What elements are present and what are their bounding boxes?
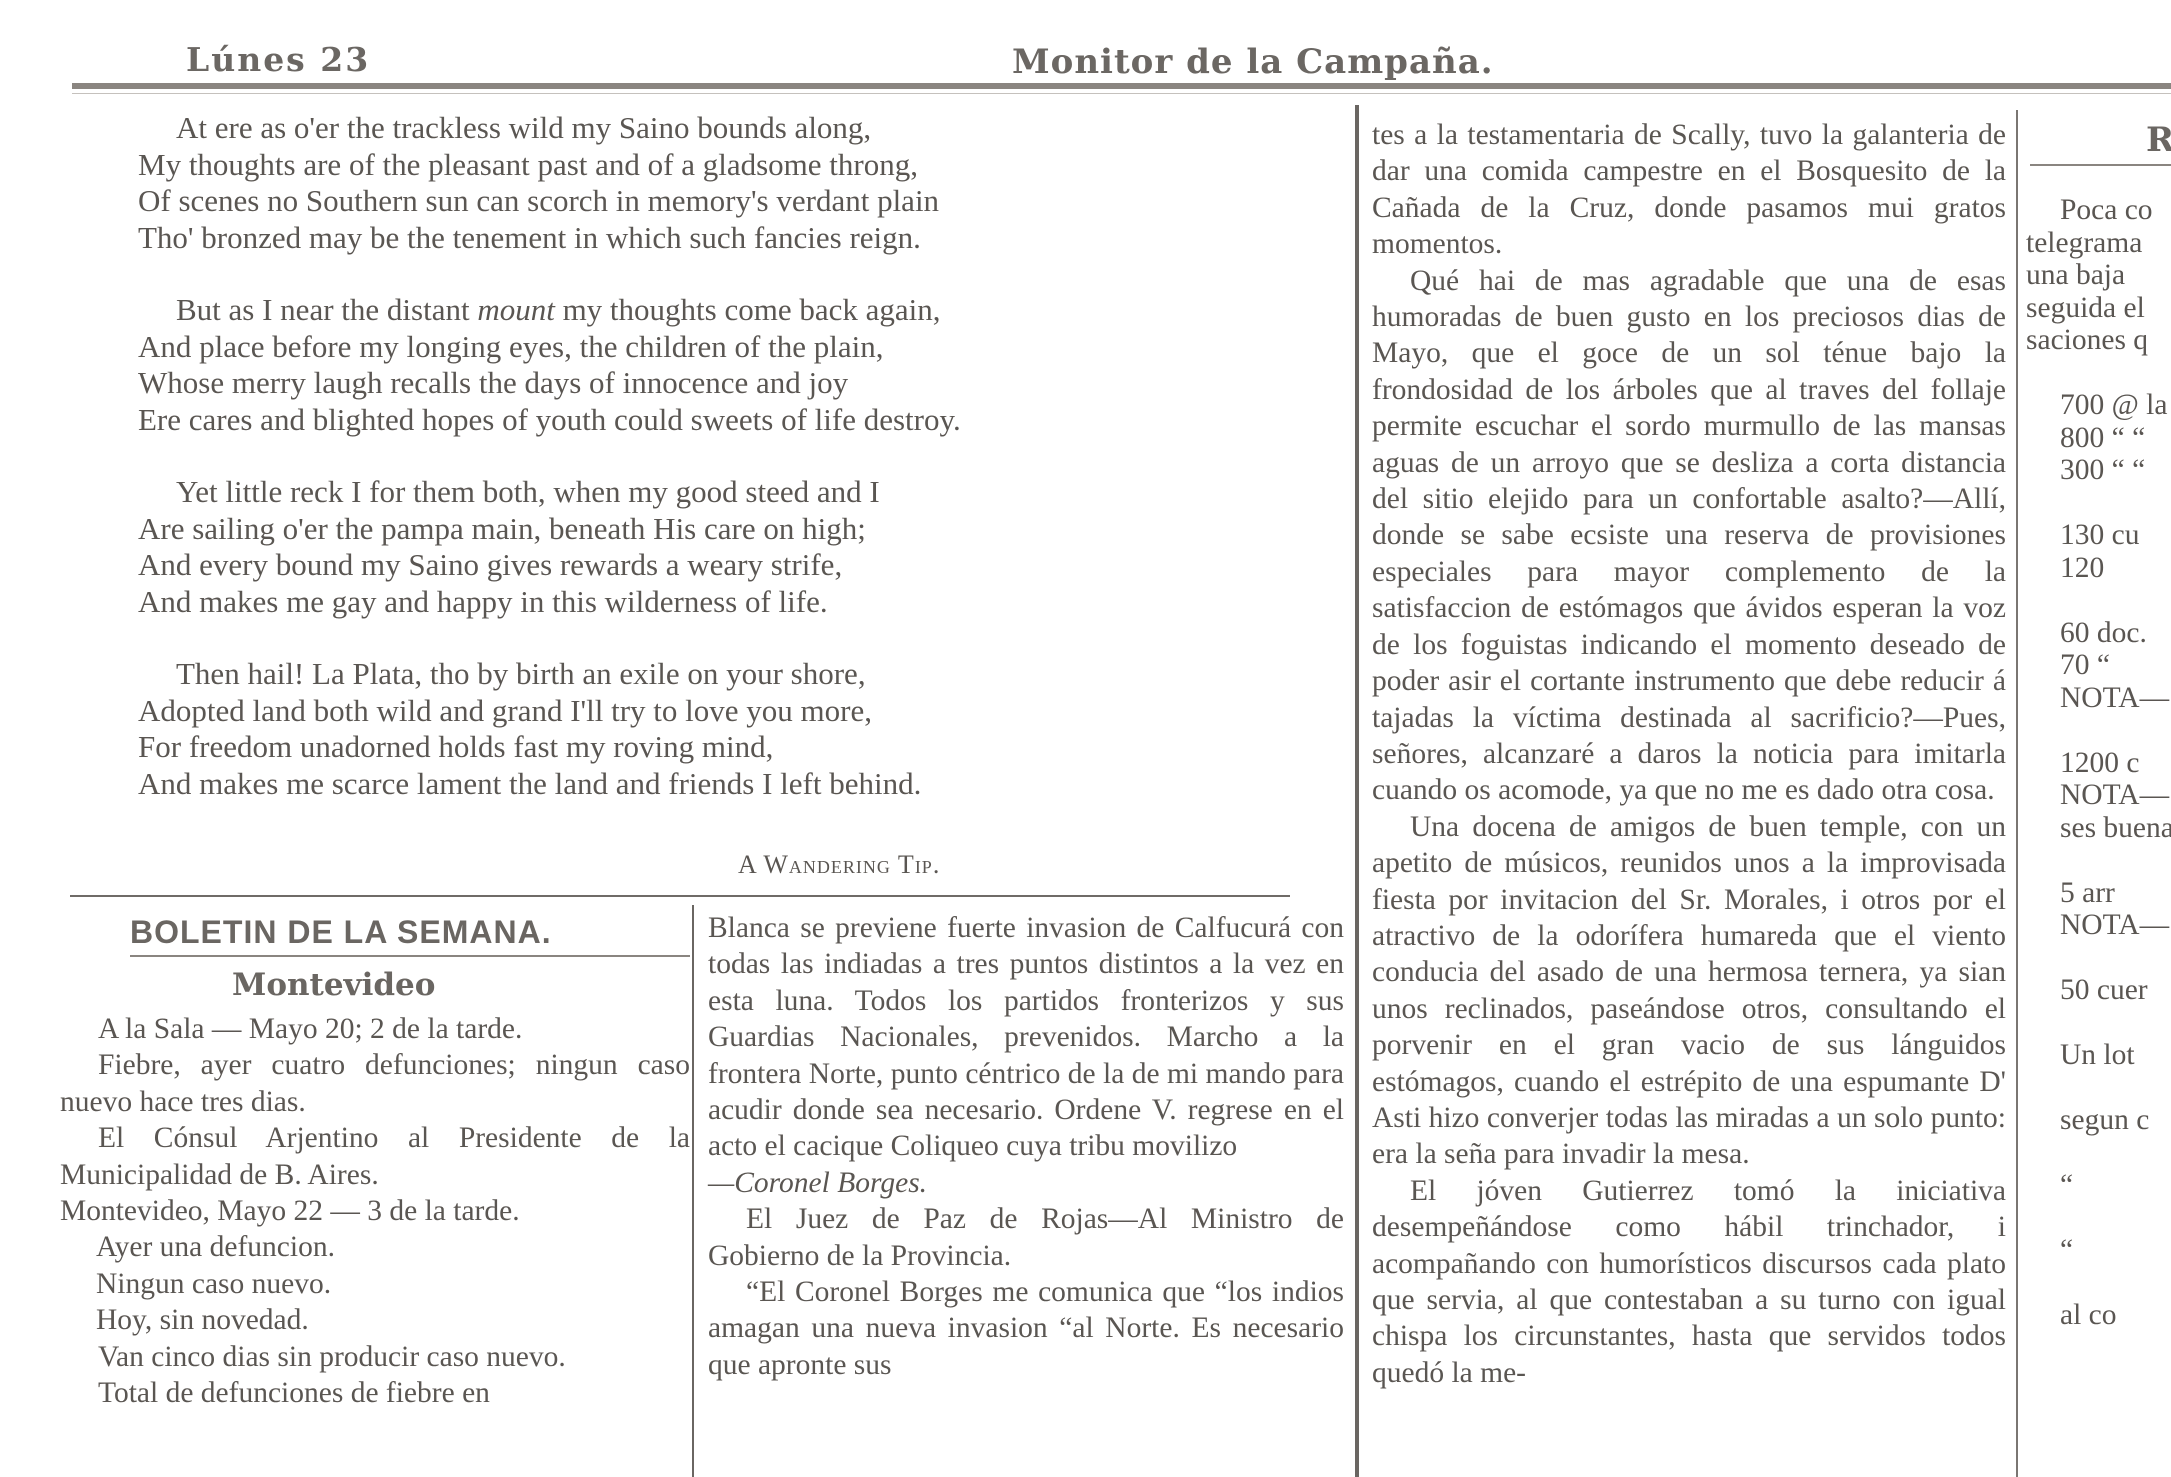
article-paragraph: El jóven Gutierrez tomó la iniciativa de… (1372, 1173, 2006, 1391)
market-report-row (2026, 1267, 2171, 1300)
boletin-paragraph: Montevideo, Mayo 22 — 3 de la tarde. (60, 1193, 690, 1229)
picnic-article-column: tes a la testamentaria de Scally, tuvo l… (1372, 117, 2006, 1391)
boletin-paragraph: Total de defunciones de fiebre en (60, 1375, 690, 1411)
boletin-column: BOLETIN DE LA SEMANA. Montevideo A la Sa… (60, 900, 690, 1411)
poem-line: And every bound my Saino gives rewards a… (138, 547, 1248, 584)
market-report-row: NOTA— (2026, 909, 2171, 942)
market-report-rows: Poca cotelegramauna bajaseguida elsacion… (2026, 194, 2171, 1332)
poem-line: Whose merry laugh recalls the days of in… (138, 365, 1248, 402)
poem-line: Of scenes no Southern sun can scorch in … (138, 183, 1248, 220)
dispatch-signature: —Coronel Borges. (708, 1165, 1344, 1201)
market-report-row: seguida el (2026, 292, 2171, 325)
market-report-row: 50 cuer (2026, 974, 2171, 1007)
market-report-row (2026, 1137, 2171, 1170)
market-report-row (2026, 584, 2171, 617)
market-report-row: saciones q (2026, 324, 2171, 357)
masthead-rule (72, 83, 2171, 89)
market-report-column: R Poca cotelegramauna bajaseguida elsaci… (2026, 120, 2171, 1332)
market-report-row: 1200 c (2026, 747, 2171, 780)
market-report-row: Poca co (2026, 194, 2171, 227)
article-paragraph: tes a la testamentaria de Scally, tuvo l… (1372, 117, 2006, 263)
masthead: Lúnes 23 Monitor de la Campaña. (0, 38, 2171, 82)
market-report-row: “ (2026, 1234, 2171, 1267)
boletin-paragraph: Ayer una defuncion. (60, 1229, 690, 1265)
dispatch-paragraph: Blanca se previene fuerte invasion de Ca… (708, 910, 1344, 1165)
market-report-row: al co (2026, 1299, 2171, 1332)
market-report-row: NOTA— (2026, 682, 2171, 715)
market-report-row (2026, 357, 2171, 390)
poem-stanza-1: At ere as o'er the trackless wild my Sai… (138, 110, 1248, 256)
poem-line-with-italic: But as I near the distant mount my thoug… (138, 292, 1248, 329)
heading-rule (2030, 164, 2171, 166)
market-report-row (2026, 714, 2171, 747)
poem-stanza-4: Then hail! La Plata, tho by birth an exi… (138, 656, 1248, 802)
market-report-row (2026, 487, 2171, 520)
poem-line: At ere as o'er the trackless wild my Sai… (138, 110, 1248, 147)
poem-line: Ere cares and blighted hopes of youth co… (138, 402, 1248, 439)
poem-stanza-2: But as I near the distant mount my thoug… (138, 292, 1248, 438)
masthead-rule-thin (72, 93, 2171, 94)
market-report-row: 120 (2026, 552, 2171, 585)
market-report-row: ses buena (2026, 812, 2171, 845)
poem-line: And place before my longing eyes, the ch… (138, 329, 1248, 366)
dispatch-paragraph: El Juez de Paz de Rojas—Al Ministro de G… (708, 1201, 1344, 1274)
poem-line: Yet little reck I for them both, when my… (138, 474, 1248, 511)
poem-line: Tho' bronzed may be the tenement in whic… (138, 220, 1248, 257)
poem-line: Are sailing o'er the pampa main, beneath… (138, 511, 1248, 548)
column-rule (2016, 110, 2018, 1477)
issue-date: Lúnes 23 (186, 40, 370, 79)
market-report-row (2026, 1202, 2171, 1235)
market-report-row: segun c (2026, 1104, 2171, 1137)
section-rule (70, 895, 1290, 897)
market-report-row (2026, 1007, 2171, 1040)
poem-stanza-3: Yet little reck I for them both, when my… (138, 474, 1248, 620)
market-report-row: 300 “ “ (2026, 454, 2171, 487)
market-report-row: 70 “ (2026, 649, 2171, 682)
poem-line: Adopted land both wild and grand I'll tr… (138, 693, 1248, 730)
column-rule (1355, 105, 1359, 1477)
poem-line: And makes me gay and happy in this wilde… (138, 584, 1248, 621)
poem-line: For freedom unadorned holds fast my rovi… (138, 729, 1248, 766)
dispatch-paragraph: “El Coronel Borges me comunica que “los … (708, 1274, 1344, 1383)
poem-line: My thoughts are of the pleasant past and… (138, 147, 1248, 184)
boletin-paragraph: A la Sala — Mayo 20; 2 de la tarde. (60, 1011, 690, 1047)
dispatch-column: Blanca se previene fuerte invasion de Ca… (708, 910, 1344, 1383)
market-report-row (2026, 942, 2171, 975)
market-report-row: 130 cu (2026, 519, 2171, 552)
market-report-row: 60 doc. (2026, 617, 2171, 650)
column-rule (692, 905, 694, 1477)
market-report-row: NOTA— (2026, 779, 2171, 812)
boletin-paragraph: Van cinco dias sin producir caso nuevo. (60, 1339, 690, 1375)
market-report-row (2026, 844, 2171, 877)
poem-signature: A Wandering Tip. (738, 850, 940, 880)
boletin-subtitle: Montevideo (232, 967, 690, 1003)
boletin-paragraph: Hoy, sin novedad. (60, 1302, 690, 1338)
market-report-row: 800 “ “ (2026, 422, 2171, 455)
market-report-row: “ (2026, 1169, 2171, 1202)
boletin-paragraph: Ningun caso nuevo. (60, 1266, 690, 1302)
article-paragraph: Una docena de amigos de buen temple, con… (1372, 809, 2006, 1173)
boletin-title: BOLETIN DE LA SEMANA. (130, 914, 690, 957)
market-report-row: una baja (2026, 259, 2171, 292)
article-paragraph: Qué hai de mas agradable que una de esas… (1372, 263, 2006, 809)
market-report-row: 5 arr (2026, 877, 2171, 910)
poem: At ere as o'er the trackless wild my Sai… (138, 110, 1248, 838)
newspaper-title: Monitor de la Campaña. (1012, 42, 1494, 82)
market-report-heading: R (2026, 120, 2171, 164)
market-report-row: Un lot (2026, 1039, 2171, 1072)
boletin-paragraph: Fiebre, ayer cuatro defunciones; ningun … (60, 1047, 690, 1120)
market-report-row (2026, 1072, 2171, 1105)
market-report-row: 700 @ la (2026, 389, 2171, 422)
market-report-row: telegrama (2026, 227, 2171, 260)
boletin-paragraph: El Cónsul Arjentino al Presidente de la … (60, 1120, 690, 1193)
poem-line: And makes me scarce lament the land and … (138, 766, 1248, 803)
poem-line: Then hail! La Plata, tho by birth an exi… (138, 656, 1248, 693)
